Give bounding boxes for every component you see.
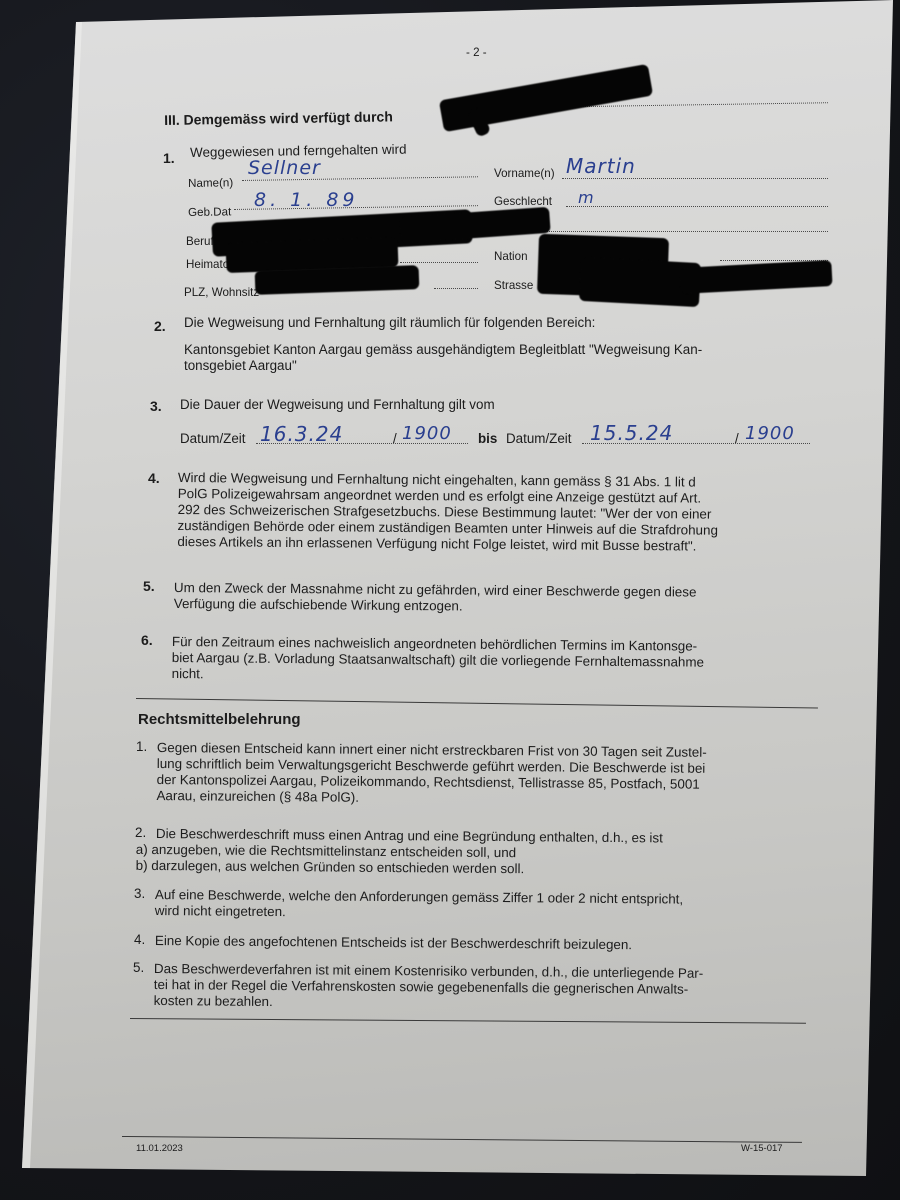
label-gebdat: Geb.Dat — [188, 206, 231, 218]
value-from-date[interactable]: 16.3.24 — [260, 424, 343, 444]
item-4-number: 4. — [148, 470, 160, 486]
item-2-title: Die Wegweisung und Fernhaltung gilt räum… — [184, 316, 595, 329]
label-beruf: Beruf — [186, 236, 214, 248]
value-name[interactable]: Sellner — [248, 159, 321, 178]
value-to-date[interactable]: 15.5.24 — [590, 423, 673, 443]
item-3-number: 3. — [150, 398, 162, 414]
value-vorname[interactable]: Martin — [566, 156, 636, 176]
rm-item-2-text: Die Beschwerdeschrift muss einen Antrag … — [156, 826, 663, 878]
item-2-text: Kantonsgebiet Kanton Aargau gemäss ausge… — [184, 342, 702, 374]
field-line-vorname — [562, 178, 828, 179]
rm-item-3-text: Auf eine Beschwerde, welche den Anforder… — [155, 887, 684, 924]
item-2-line-1: Kantonsgebiet Kanton Aargau gemäss ausge… — [184, 342, 702, 358]
label-plz-wohnsitz: PLZ, Wohnsitz — [184, 287, 259, 299]
label-name: Name(n) — [188, 177, 233, 189]
label-strasse: Strasse — [494, 280, 533, 292]
label-geschlecht: Geschlecht — [494, 196, 552, 208]
value-geschlecht[interactable]: m — [578, 190, 595, 206]
label-bis: bis — [478, 432, 497, 445]
item-5-number: 5. — [143, 578, 155, 594]
footer-date: 11.01.2023 — [136, 1144, 183, 1154]
item-1-number: 1. — [163, 150, 175, 166]
field-line-geschlecht — [566, 206, 828, 207]
field-line-beruf — [540, 231, 828, 232]
label-vorname: Vorname(n) — [494, 168, 555, 180]
page-number: - 2 - — [466, 47, 487, 59]
field-line-heimatort — [400, 262, 478, 263]
item-5-text: Um den Zweck der Massnahme nicht zu gefä… — [174, 580, 697, 617]
label-nation: Nation — [494, 251, 528, 263]
rm-item-1-text: Gegen diesen Entscheid kann innert einer… — [156, 740, 706, 809]
field-line-plz — [434, 288, 478, 289]
item-6-number: 6. — [141, 632, 153, 648]
value-gebdat[interactable]: 8. 1. 89 — [254, 191, 359, 210]
item-3-title: Die Dauer der Wegweisung und Fernhaltung… — [180, 398, 495, 411]
item-4-text: Wird die Wegweisung und Fernhaltung nich… — [177, 470, 718, 555]
rm-item-4-number: 4. — [134, 933, 145, 946]
item-2-line-2: tonsgebiet Aargau" — [184, 358, 702, 374]
to-separator: / — [735, 432, 739, 445]
label-from-datetime: Datum/Zeit — [180, 432, 245, 445]
item-6-text: Für den Zeitraum eines nachweislich ange… — [172, 634, 705, 687]
section-heading: III. Demgemäss wird verfügt durch — [164, 109, 393, 127]
rm-item-5-text: Das Beschwerdeverfahren ist mit einem Ko… — [154, 961, 704, 1014]
item-2-number: 2. — [154, 318, 166, 334]
rechtsmittel-heading: Rechtsmittelbelehrung — [138, 712, 301, 727]
label-to-datetime: Datum/Zeit — [506, 432, 571, 445]
value-to-time[interactable]: 1900 — [745, 425, 795, 443]
footer-form-code: W-15-017 — [741, 1144, 783, 1154]
from-separator: / — [393, 432, 397, 445]
value-from-time[interactable]: 1900 — [402, 425, 452, 443]
rm-item-1-number: 1. — [136, 740, 147, 753]
rm-item-3-number: 3. — [134, 887, 145, 900]
rm-item-5-number: 5. — [133, 961, 144, 974]
rm-item-2-number: 2. — [135, 826, 146, 839]
